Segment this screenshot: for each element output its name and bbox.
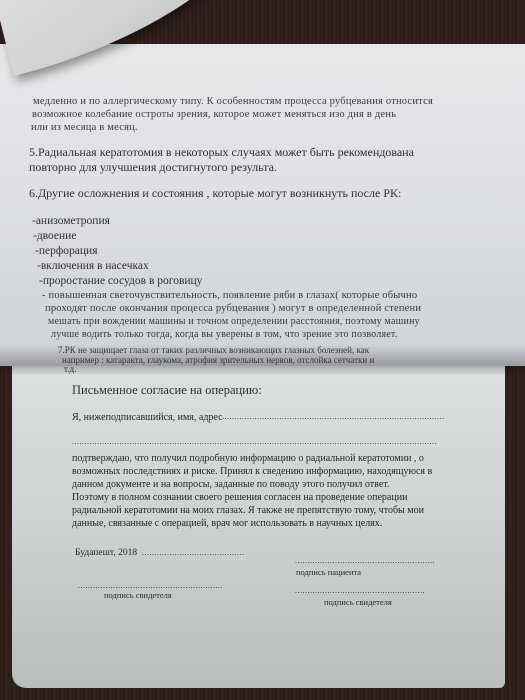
witness-signature-field-left[interactable]: ........................................… [78,581,223,590]
complication-item: -двоение [33,229,76,244]
complication-item: -перфорация [35,244,98,259]
complication-item: -проростание сосудов в роговицу [39,274,202,289]
consent-body-line-1: подтверждаю, что получил подробную инфор… [72,452,424,465]
date-field[interactable]: ........................................… [142,548,244,557]
section5-line-1: 5.Радиальная кератотомия в некоторых слу… [29,145,414,160]
witness-signature-label-right: подпись свидетеля [324,597,392,607]
patient-signature-field[interactable]: ........................................… [295,556,435,565]
consent-body-line-2: возможных последствиях и риске. Принял к… [72,465,432,478]
consent-body-line-5: радиальной кератотомии на моих глазах. Я… [72,504,424,517]
complication-last-line-1: - повышенная светочувствительность, появ… [42,289,417,302]
complication-item: -анизометропия [32,214,110,229]
section7-line-2: например : катаракта, глаукома, атрофия … [62,355,374,366]
name-address-field[interactable]: ........................................… [222,412,444,421]
consent-body-line-4: Поэтому в полном сознании своего решения… [72,491,407,504]
complication-item: -включения в насечках [37,259,149,274]
section7-line-3: т.д. [64,364,76,375]
complication-last-line-4: лучше водить только тогда, когда вы увер… [51,328,397,341]
section6-heading: 6.Другие осложнения и состояния , которы… [29,186,401,201]
consent-body-line-3: данном документе и на вопросы, заданные … [72,478,389,491]
name-address-label: Я, нижеподписавшийся, имя, адрес [72,411,223,424]
address-continuation-field[interactable]: ........................................… [72,437,444,446]
place-date-label: Будапешт, 2018 [75,547,137,560]
patient-signature-label: подпись пациента [296,567,361,577]
intro-line-1: медленно и по аллергическому типу. К осо… [33,95,433,108]
witness-signature-label-left: подпись свидетеля [104,590,172,600]
complication-last-line-2: проходят после окончания процесса рубцев… [45,302,421,315]
consent-body-line-6: данные, связанные с операцией, врач мог … [72,517,382,530]
intro-line-2: возможное колебание остроты зрения, кото… [32,108,396,121]
complication-last-line-3: мешать при вождении машины и точном опре… [48,315,420,328]
section5-line-2: повторно для улучшения достигнутого резу… [29,160,277,175]
intro-line-3: или из месяца в месяц. [31,121,138,134]
witness-signature-field-right[interactable]: ........................................… [295,586,425,595]
consent-title: Письменное согласие на операцию: [72,383,262,398]
